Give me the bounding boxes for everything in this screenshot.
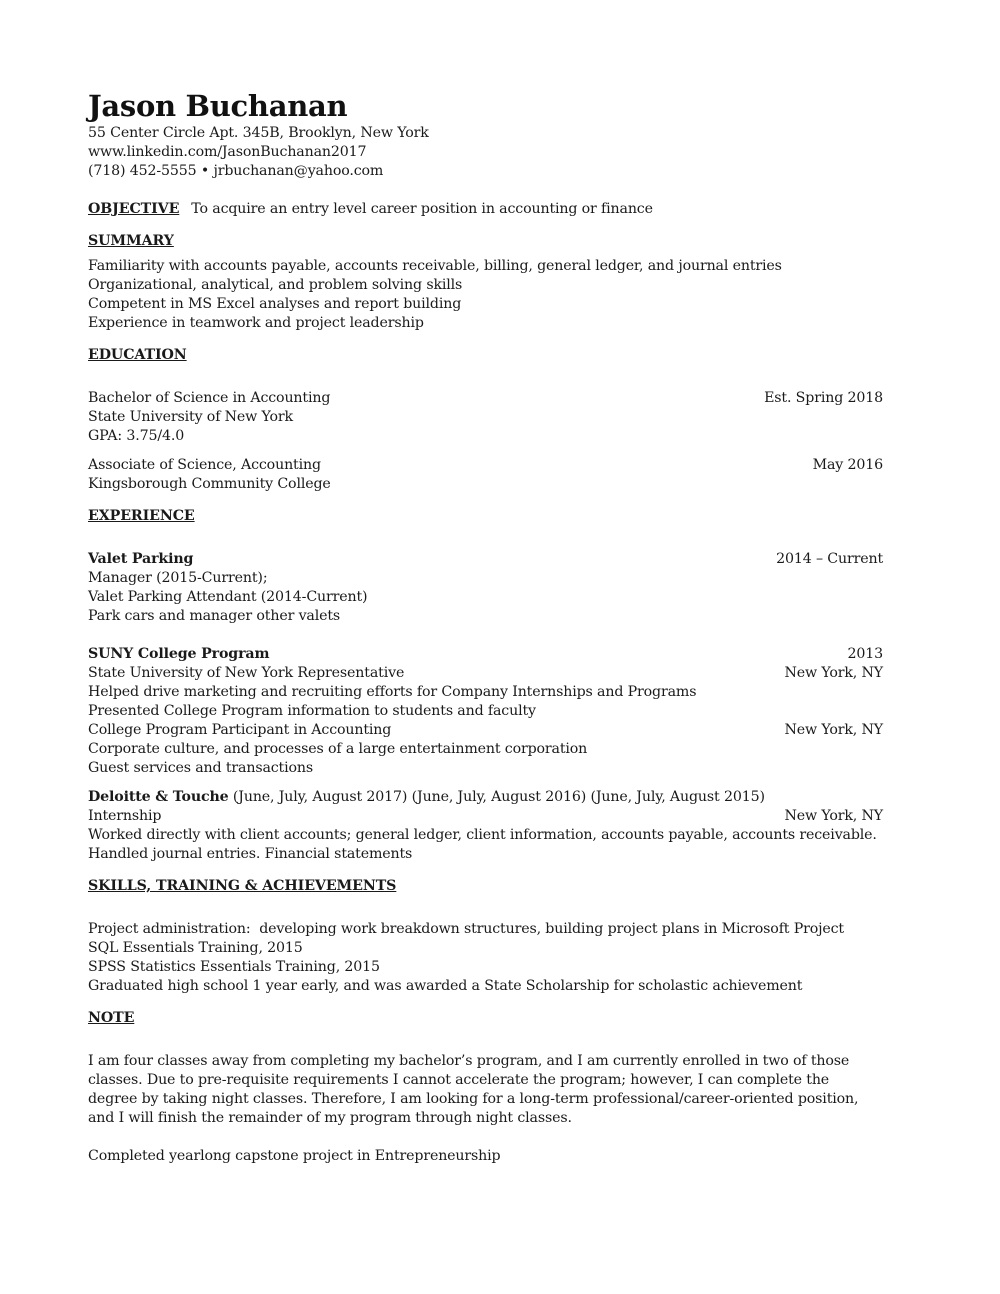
gpa: GPA: 3.75/4.0 <box>88 427 883 446</box>
job-role: State University of New York Representat… <box>88 664 404 683</box>
job-location: New York, NY <box>784 721 883 740</box>
summary-item: Organizational, analytical, and problem … <box>88 276 883 295</box>
job-location: New York, NY <box>784 807 883 826</box>
job-date: 2014 – Current <box>776 550 883 569</box>
company-name: Valet Parking <box>88 550 193 569</box>
objective-text: To acquire an entry level career positio… <box>191 200 653 219</box>
experience-entry-deloitte: Deloitte & Touche (June, July, August 20… <box>88 788 883 864</box>
job-date: 2013 <box>847 645 883 664</box>
note-paragraph: I am four classes away from completing m… <box>88 1052 878 1128</box>
summary-list: Familiarity with accounts payable, accou… <box>88 257 883 333</box>
education-entry: Associate of Science, AccountingMay 2016… <box>88 456 883 494</box>
objective-section: OBJECTIVE To acquire an entry level care… <box>88 200 883 219</box>
education-heading: EDUCATION <box>88 346 883 365</box>
summary-item: Familiarity with accounts payable, accou… <box>88 257 883 276</box>
job-detail: Handled journal entries. Financial state… <box>88 845 883 864</box>
summary-item: Experience in teamwork and project leade… <box>88 314 883 333</box>
school: Kingsborough Community College <box>88 475 883 494</box>
applicant-name: Jason Buchanan <box>88 88 883 124</box>
note-closing: Completed yearlong capstone project in E… <box>88 1147 883 1166</box>
job-detail: Presented College Program information to… <box>88 702 883 721</box>
company-name: SUNY College Program <box>88 645 269 664</box>
experience-entry-suny: SUNY College Program2013 State Universit… <box>88 645 883 778</box>
job-detail: Helped drive marketing and recruiting ef… <box>88 683 883 702</box>
job-role: Internship <box>88 807 161 826</box>
skill-item: SQL Essentials Training, 2015 <box>88 939 883 958</box>
job-detail: Worked directly with client accounts; ge… <box>88 826 883 845</box>
job-detail: Guest services and transactions <box>88 759 883 778</box>
experience-entry-valet: Valet Parking2014 – Current Manager (201… <box>88 550 883 626</box>
education-date: Est. Spring 2018 <box>764 389 883 408</box>
job-location: New York, NY <box>784 664 883 683</box>
job-detail: Park cars and manager other valets <box>88 607 883 626</box>
job-dates: (June, July, August 2017) (June, July, A… <box>233 789 765 805</box>
company-name: Deloitte & Touche <box>88 789 229 805</box>
education-date: May 2016 <box>813 456 883 475</box>
degree: Associate of Science, Accounting <box>88 456 321 475</box>
job-detail: Manager (2015-Current); <box>88 569 883 588</box>
skill-item: Project administration: developing work … <box>88 920 883 939</box>
contact-info: (718) 452-5555 • jrbuchanan@yahoo.com <box>88 162 883 181</box>
resume-page: Jason Buchanan 55 Center Circle Apt. 345… <box>88 88 883 1166</box>
job-role: College Program Participant in Accountin… <box>88 721 391 740</box>
skills-list: Project administration: developing work … <box>88 920 883 996</box>
objective-heading: OBJECTIVE <box>88 200 179 219</box>
job-detail: Valet Parking Attendant (2014-Current) <box>88 588 883 607</box>
school: State University of New York <box>88 408 883 427</box>
skills-heading: SKILLS, TRAINING & ACHIEVEMENTS <box>88 877 883 896</box>
address: 55 Center Circle Apt. 345B, Brooklyn, Ne… <box>88 124 883 143</box>
skill-item: SPSS Statistics Essentials Training, 201… <box>88 958 883 977</box>
education-entry: Bachelor of Science in AccountingEst. Sp… <box>88 389 883 446</box>
note-heading: NOTE <box>88 1009 883 1028</box>
summary-heading: SUMMARY <box>88 232 883 251</box>
experience-heading: EXPERIENCE <box>88 507 883 526</box>
degree: Bachelor of Science in Accounting <box>88 389 330 408</box>
linkedin-url: www.linkedin.com/JasonBuchanan2017 <box>88 143 883 162</box>
job-detail: Corporate culture, and processes of a la… <box>88 740 883 759</box>
summary-item: Competent in MS Excel analyses and repor… <box>88 295 883 314</box>
skill-item: Graduated high school 1 year early, and … <box>88 977 883 996</box>
